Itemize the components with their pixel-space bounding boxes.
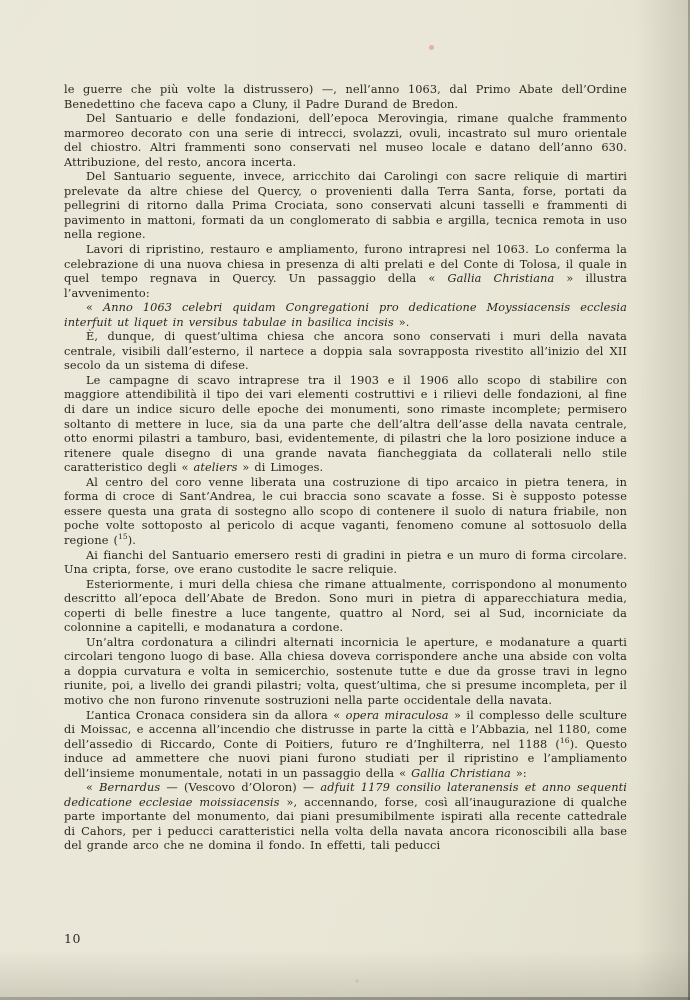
paragraph: L’antica Cronaca considera sin da allora… [64,709,627,782]
page-number: 10 [64,931,81,946]
paragraph: Lavori di ripristino, restauro e ampliam… [64,243,627,301]
text-run: Ai fianchi del Santuario emersero resti … [64,549,627,577]
paragraph: Del Santuario e delle fondazioni, dell’e… [64,112,627,170]
paragraph: Esteriormente, i muri della chiesa che r… [64,578,627,636]
paragraph: Al centro del coro venne liberata una co… [64,476,627,549]
footnote-marker: 16 [560,736,570,745]
text-run: Al centro del coro venne liberata una co… [64,476,627,547]
text-run: « [86,301,103,314]
paragraph: « Anno 1063 celebri quidam Congregationi… [64,301,627,330]
footnote-marker: 15 [118,532,128,541]
text-run: »: [511,767,527,780]
text-run: ). [128,534,136,547]
italic-run: opera miraculosa [346,709,449,722]
body-text: le guerre che più volte la distrussero) … [64,83,627,854]
italic-run: ateliers [193,461,237,474]
italic-run: Gallia Christiana [447,272,554,285]
italic-run: Bernardus [99,781,160,794]
text-run: Esteriormente, i muri della chiesa che r… [64,578,627,635]
text-run: — (Vescovo d’Oloron) — [160,781,320,794]
paper-speck [355,979,359,983]
text-run: Un’altra cordonatura a cilindri alternat… [64,636,627,707]
text-run: ». [394,316,410,329]
paragraph: Del Santuario seguente, invece, arricchi… [64,170,627,243]
italic-run: Gallia Christiana [411,767,511,780]
paragraph: È, dunque, di quest’ultima chiesa che an… [64,330,627,374]
italic-run: Anno 1063 celebri quidam Congregationi p… [64,301,627,329]
text-run: « [86,781,99,794]
text-run: Le campagne di scavo intraprese tra il 1… [64,374,627,474]
paragraph: « Bernardus — (Vescovo d’Oloron) — adfui… [64,781,627,854]
paragraph: le guerre che più volte la distrussero) … [64,83,627,112]
paragraph: Le campagne di scavo intraprese tra il 1… [64,374,627,476]
text-run: le guerre che più volte la distrussero) … [64,83,627,111]
text-run: L’antica Cronaca considera sin da allora… [86,709,346,722]
paper-speck [429,45,434,50]
text-run: È, dunque, di quest’ultima chiesa che an… [64,330,627,372]
text-run: Del Santuario seguente, invece, arricchi… [64,170,627,241]
paragraph: Ai fianchi del Santuario emersero resti … [64,549,627,578]
book-page: le guerre che più volte la distrussero) … [0,0,690,1000]
paragraph: Un’altra cordonatura a cilindri alternat… [64,636,627,709]
text-run: Del Santuario e delle fondazioni, dell’e… [64,112,627,169]
text-run: » di Limoges. [238,461,324,474]
